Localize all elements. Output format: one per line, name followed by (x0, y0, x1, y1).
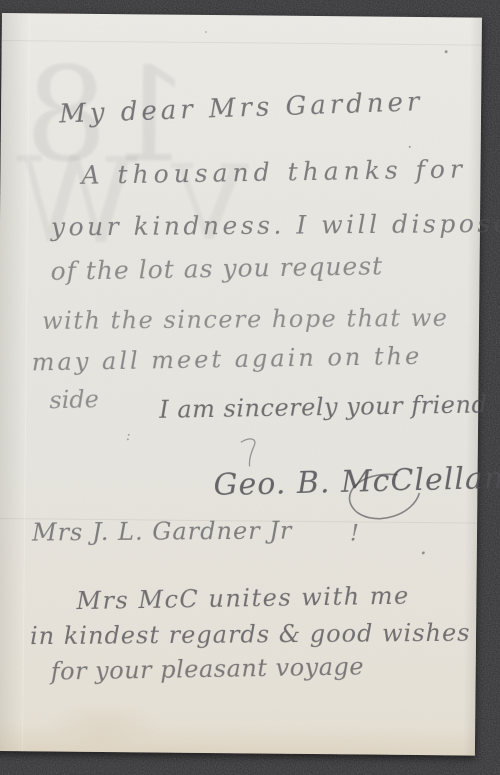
addressee-line: Mrs J. L. Gardner Jr (32, 519, 293, 545)
postscript-line-3: for your pleasant voyage (51, 654, 365, 683)
scanned-letter-photo: 18 W V My dear Mrs Gardner A thousand th… (0, 0, 500, 775)
foxing-speck (205, 31, 207, 33)
body-line-5: may all meet again on the (32, 344, 423, 374)
stray-ink-mark-exclamation: ! (350, 521, 359, 546)
ghost-showthrough-letter-w: W (16, 141, 138, 260)
letter-paper: 18 W V My dear Mrs Gardner A thousand th… (0, 13, 482, 756)
foxing-speck (445, 50, 448, 53)
body-line-2: your kindness. I will dispose (51, 211, 500, 240)
stray-ink-mark-colon: : (126, 428, 131, 444)
body-line-3: of the lot as you request (50, 253, 383, 284)
signature-flourish (327, 468, 428, 529)
body-line-6: side (49, 387, 99, 412)
stray-ink-mark-dot: . (420, 535, 427, 560)
body-line-4: with the sincere hope that we (42, 306, 448, 333)
postscript-line-2: in kindest regards & good wishes (30, 621, 471, 648)
foxing-speck (409, 146, 411, 148)
postscript-line-1: Mrs McC unites with me (76, 584, 410, 614)
pen-flourish (238, 435, 264, 469)
body-line-1: A thousand thanks for (81, 156, 467, 187)
closing-line: I am sincerely your friend (159, 392, 487, 421)
